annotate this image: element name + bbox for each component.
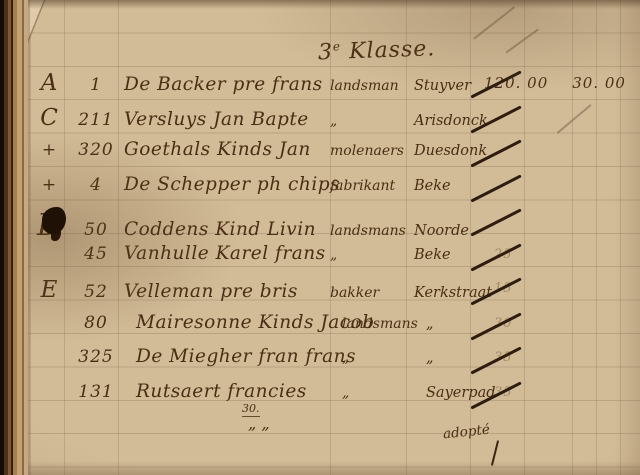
approval-note: adopté <box>442 422 490 443</box>
entry-number: 1 <box>68 75 124 95</box>
ledger-row: 131 Rutsaert francies „ Sayerpad 35 <box>30 381 640 416</box>
entry-name: Goethals Kinds Jan <box>124 139 330 160</box>
entry-occupation: „ <box>342 350 426 366</box>
ledger-row: D 50 Coddens Kind Livin landsmans Noorde <box>30 208 640 243</box>
page-title: 3e Klasse. <box>318 36 436 65</box>
entry-name: Rutsaert francies <box>124 381 342 402</box>
entry-occupation: „ <box>330 113 414 129</box>
ledger-row: E 52 Velleman pre bris bakker Kerkstraat… <box>30 277 640 312</box>
margin-letter: A <box>30 70 68 96</box>
margin-letter: E <box>30 277 68 303</box>
pen-flourish <box>491 440 499 466</box>
entry-name: Coddens Kind Livin <box>124 219 330 240</box>
ledger-row: + 4 De Schepper ph chips fabrikant Beke <box>30 174 640 209</box>
ledger-row: C 211 Versluys Jan Bapte „ Arisdonck <box>30 105 640 140</box>
entry-name: Velleman pre bris <box>124 281 330 302</box>
entry-occupation: molenaers <box>330 143 414 159</box>
entry-number: 45 <box>68 244 124 264</box>
ledger-row: A 1 De Backer pre frans landsman Stuyver… <box>30 70 640 105</box>
ledger-row: 80 Mairesonne Kinds Jacob landsmans „ 30 <box>30 312 640 347</box>
entry-name: De Miegher fran frans <box>124 346 342 367</box>
pencil-scratch <box>505 28 538 53</box>
ledger-rows: A 1 De Backer pre frans landsman Stuyver… <box>30 70 640 415</box>
ledger-row: 325 De Miegher fran frans „ „ 35 <box>30 346 640 381</box>
amount-value: 30. 00 <box>572 74 626 92</box>
entry-number: 325 <box>68 347 124 367</box>
pencil-scratch <box>473 6 515 39</box>
entry-number: 131 <box>68 382 124 402</box>
entry-name: De Schepper ph chips <box>124 174 330 195</box>
entry-occupation: landsmans <box>342 316 426 332</box>
entry-occupation: bakker <box>330 285 414 301</box>
entry-place: Sayerpad <box>426 385 536 401</box>
entry-name: Mairesonne Kinds Jacob <box>124 312 342 333</box>
ledger-page: 3e Klasse. A 1 De Backer pre frans lands… <box>0 0 640 475</box>
title-superscript: e <box>333 39 342 53</box>
margin-letter: + <box>30 140 68 160</box>
entry-number: 211 <box>68 110 124 130</box>
ledger-row: + 320 Goethals Kinds Jan molenaers Duesd… <box>30 139 640 174</box>
entry-number: 4 <box>68 175 124 195</box>
entry-name: De Backer pre frans <box>124 74 330 95</box>
entry-occupation: „ <box>330 247 414 263</box>
entry-name: Vanhulle Karel frans <box>124 243 330 264</box>
margin-letter: + <box>30 175 68 195</box>
title-class-number: 3 <box>318 40 334 66</box>
entry-number: 52 <box>68 282 124 302</box>
ditto-marks: „ „ <box>248 414 270 433</box>
entry-place: „ <box>426 316 536 332</box>
entry-occupation: landsmans <box>330 223 414 239</box>
margin-letter: C <box>30 105 68 131</box>
book-binding <box>0 0 30 475</box>
entry-occupation: landsman <box>330 78 414 94</box>
entry-occupation: fabrikant <box>330 178 414 194</box>
entry-occupation: „ <box>342 385 426 401</box>
entry-number: 50 <box>68 220 124 240</box>
entry-place: Noorde <box>414 223 524 239</box>
entry-name: Versluys Jan Bapte <box>124 109 330 130</box>
entry-number: 320 <box>68 140 124 160</box>
entry-number: 80 <box>68 313 124 333</box>
ledger-row: 45 Vanhulle Karel frans „ Beke 25 <box>30 243 640 278</box>
entry-place: „ <box>426 350 536 366</box>
title-class-word: Klasse. <box>349 36 436 64</box>
entry-amount-cell: 120. 0030. 00 <box>468 74 640 92</box>
